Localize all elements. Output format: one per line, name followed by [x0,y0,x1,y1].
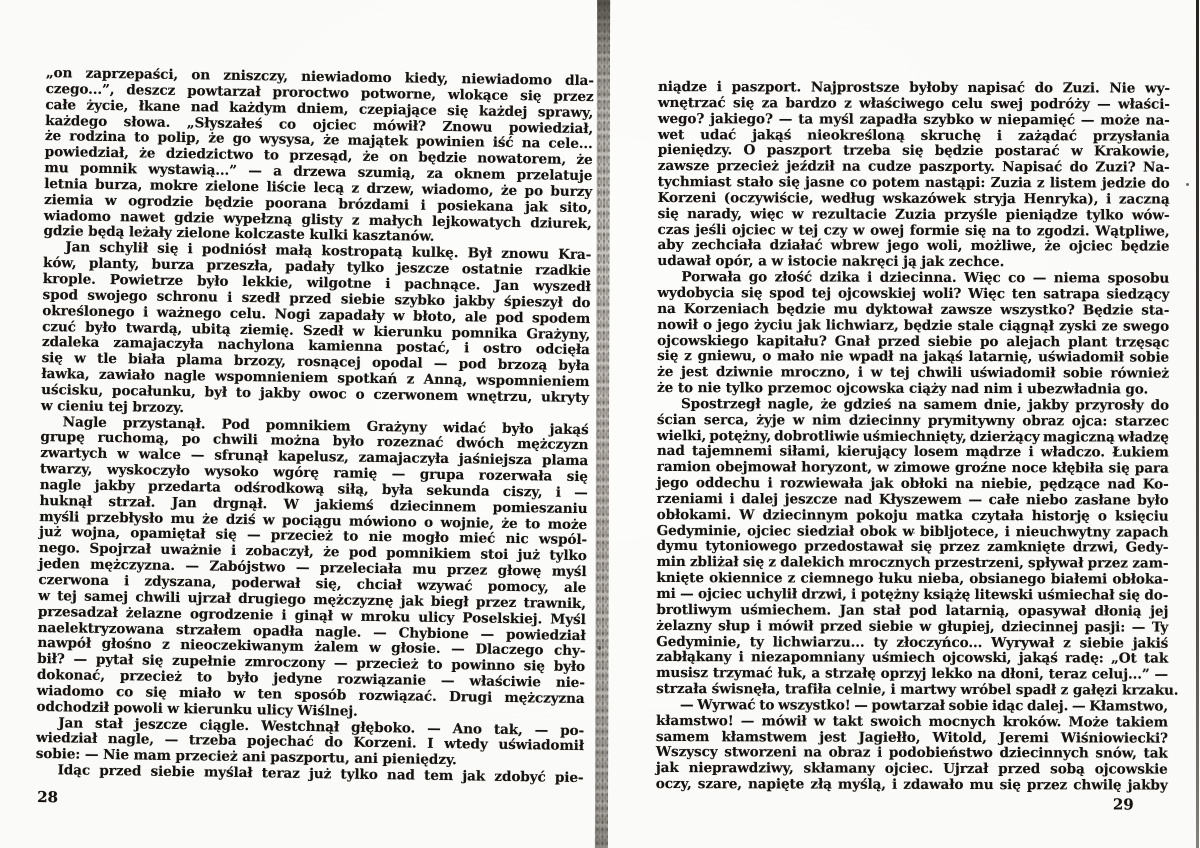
page-right: niądzeipaszport.Najprostszebyłobynapisać… [656,80,1170,795]
page-number-right: 29 [1113,795,1134,813]
scan-speck [1186,183,1189,186]
page-right-text: niądzeipaszport.Najprostszebyłobynapisać… [656,80,1170,795]
book-gutter-shadow [595,0,610,848]
scan-speck [598,646,601,650]
text-line: oczy,szare,napiętezłąmyślą,izdawałomusię… [656,777,1168,794]
text-line: rzeniamiidalejjeszczenadKłyszewem—całeni… [657,492,1169,509]
page-left: „onzaprzepaści,onzniszczy,niewiadomokied… [35,66,594,787]
page-number-left: 28 [37,788,58,806]
page-left-text: „onzaprzepaści,onzniszczy,niewiadomokied… [35,66,594,787]
scan-edge-line [1196,0,1199,848]
book-spread: „onzaprzepaści,onzniszczy,niewiadomokied… [0,0,1200,848]
